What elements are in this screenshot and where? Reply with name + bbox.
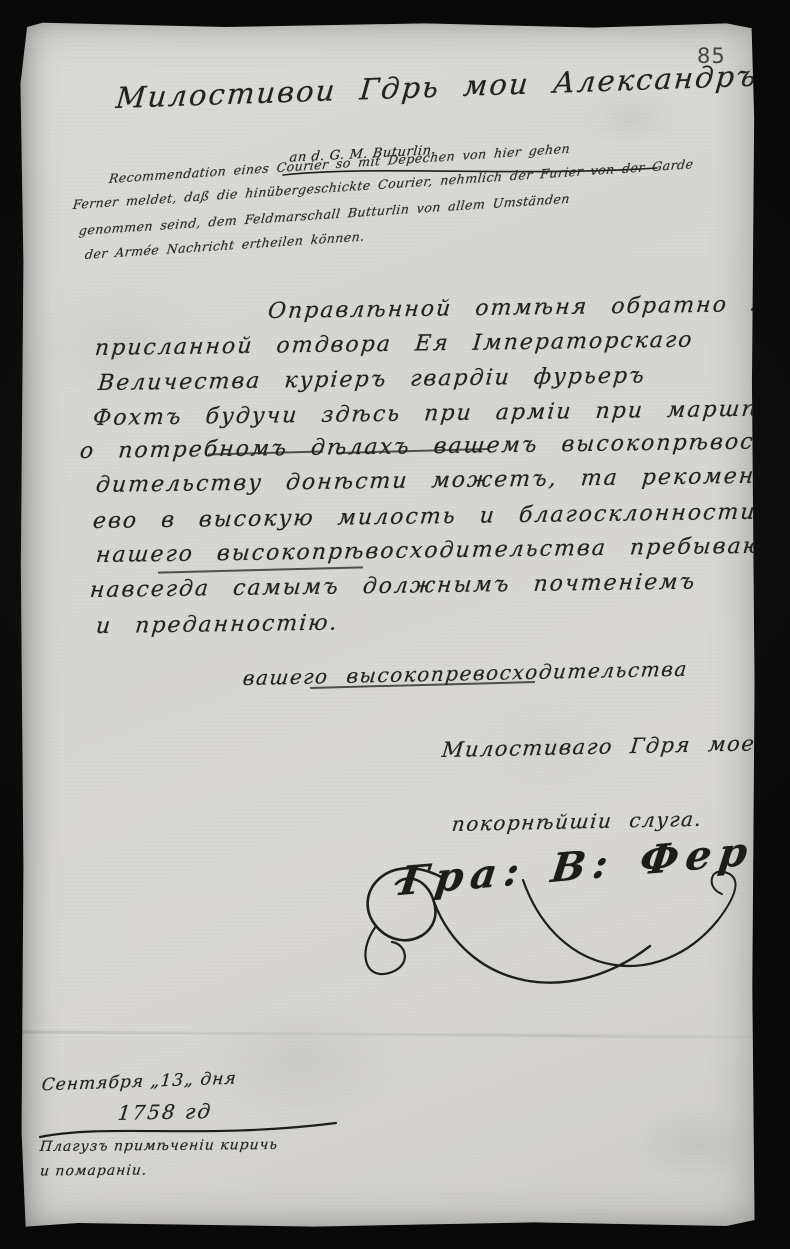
body-line-7: ево в высокую милость и благосклонности … [92, 499, 756, 534]
date-line-month-day: Сентября „13„ дня [41, 1069, 238, 1096]
scan-background: 85 Милостивои Гдрь мои Александръ Борисо… [0, 0, 790, 1249]
archival-note-line-2: и помараніи. [39, 1163, 148, 1180]
closing-line-2: Милостиваго Гдря моего [441, 731, 756, 762]
word-strike-mark [158, 566, 363, 573]
salutation-line: Милостивои Гдрь мои Александръ Борисович… [115, 51, 756, 115]
body-line-10: и преданностію. [95, 611, 340, 639]
body-line-3: Величества куріеръ гвардіи фурьеръ [97, 363, 647, 396]
body-line-4: Фохтъ будучи здѣсь при арміи при маршѣ [92, 397, 756, 431]
body-line-2: присланной отдвора Ея Імператорскаго [94, 328, 695, 361]
body-line-1: Оправлѣнной отмѣня обратно здѣпешами [267, 290, 756, 324]
body-line-6: дительству донѣсти можетъ, та рекомендуя [95, 463, 756, 498]
body-line-8: нашего высокопрѣвосходительства пребываю… [95, 534, 756, 568]
paper-sheet: 85 Милостивои Гдрь мои Александръ Борисо… [19, 21, 756, 1229]
closing-line-1: вашего высокопревосходительства [242, 657, 689, 690]
fold-crease [19, 1030, 756, 1038]
body-line-9: навсегда самымъ должнымъ почтеніемъ [89, 570, 697, 603]
archival-note-line-1: Плагузъ примѣченіи киричь [39, 1137, 279, 1155]
closing-line-3: покорнѣйшіи слуга. [451, 807, 704, 836]
body-line-5: о потребномъ дѣлахъ вашемъ высокопрѣвосх… [79, 429, 756, 464]
